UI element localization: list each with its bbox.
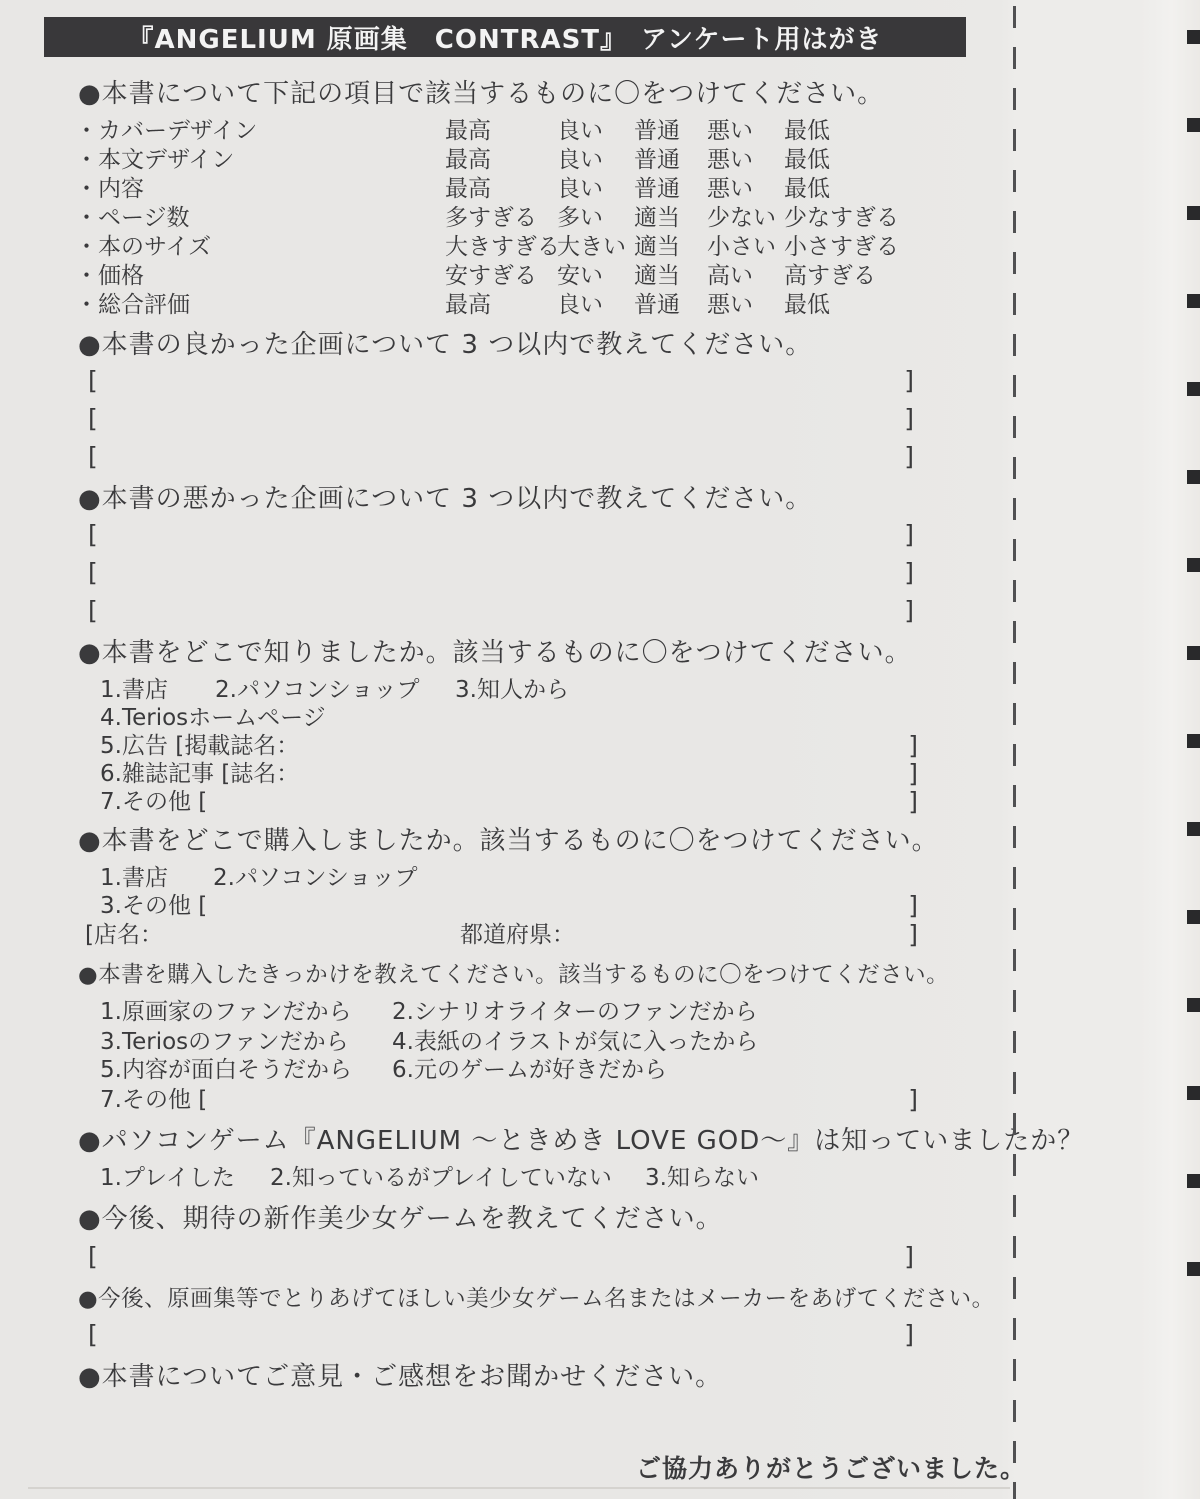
q4-option-magazine: 6.雑誌記事 [誌名： ] — [100, 760, 918, 788]
q6-heading: ●本書を購入したきっかけを教えてください。該当するものに〇をつけてください。 — [78, 958, 1160, 992]
close-bracket: ] — [904, 1322, 914, 1348]
thanks-message: ご協力ありがとうございました。 — [636, 1449, 1026, 1485]
rating-option: 良い — [557, 291, 634, 320]
rating-option: 最高 — [445, 117, 557, 146]
close-bracket: ] — [904, 1244, 914, 1270]
rating-option: 高すぎる — [784, 262, 876, 291]
rating-row-body-design: ・本文デザイン 最高 良い 普通 悪い 最低 — [75, 146, 1200, 175]
close-bracket: ] — [908, 732, 918, 760]
option-played: 1.プレイした — [100, 1164, 270, 1192]
q2-blank-3: [ ] — [88, 444, 914, 470]
rating-option: 安すぎる — [445, 262, 557, 291]
rating-label: ・本のサイズ — [75, 233, 445, 262]
open-bracket: [ — [88, 406, 98, 432]
rating-label: ・カバーデザイン — [75, 117, 445, 146]
rating-option: 最高 — [445, 291, 557, 320]
rating-option: 多すぎる — [445, 204, 557, 233]
q4-option-homepage: 4.Teriosホームページ — [100, 704, 1200, 732]
close-bracket: ] — [904, 444, 914, 470]
option-writer-fan: 2.シナリオライターのファンだから — [392, 998, 758, 1026]
close-bracket: ] — [908, 920, 918, 950]
close-bracket: ] — [908, 892, 918, 920]
q4-heading: ●本書をどこで知りましたか。該当するものに〇をつけてください。 — [78, 636, 1160, 670]
rating-option: 小さい — [707, 233, 784, 262]
q4-options-line1: 1.書店 2.パソコンショップ 3.知人から — [100, 676, 1200, 704]
option-other-label: 7.その他 [ — [100, 788, 207, 816]
close-bracket: ] — [904, 368, 914, 394]
option-like-original-game: 6.元のゲームが好きだから — [392, 1056, 667, 1084]
rating-option: 最低 — [784, 291, 830, 320]
rating-option: 少なすぎる — [784, 204, 899, 233]
rating-option: 安い — [557, 262, 634, 291]
rating-option: 適当 — [634, 233, 707, 262]
open-bracket: [ — [88, 368, 98, 394]
option-ad-label: 5.広告 [掲載誌名： — [100, 732, 299, 760]
q2-heading: ●本書の良かった企画について 3 つ以内で教えてください。 — [78, 328, 1160, 362]
close-bracket: ] — [904, 598, 914, 624]
rating-option: 悪い — [707, 175, 784, 204]
option-know-not-played: 2.知っているがプレイしていない — [270, 1164, 645, 1192]
q3-blank-2: [ ] — [88, 560, 914, 586]
rating-label: ・総合評価 — [75, 291, 445, 320]
postcard-bottom-edge — [28, 1487, 1010, 1489]
q7-heading: ●パソコンゲーム『ANGELIUM ～ときめき LOVE GOD～』は知っていま… — [78, 1124, 1160, 1158]
q5-options-line1: 1.書店 2.パソコンショップ — [100, 864, 1200, 892]
q6-row-3: 5.内容が面白そうだから 6.元のゲームが好きだから — [100, 1056, 1200, 1084]
q10-heading: ●本書についてご意見・ご感想をお聞かせください。 — [78, 1360, 1160, 1394]
q6-row-1: 1.原画家のファンだから 2.シナリオライターのファンだから — [100, 998, 1200, 1026]
option-dont-know: 3.知らない — [645, 1164, 759, 1192]
prefecture-label: 都道府県： — [460, 920, 575, 950]
q4-option-other: 7.その他 [ ] — [100, 788, 918, 816]
rating-option: 最高 — [445, 146, 557, 175]
rating-option: 適当 — [634, 262, 707, 291]
rating-option: 良い — [557, 175, 634, 204]
rating-option: 小さすぎる — [784, 233, 899, 262]
rating-option: 最低 — [784, 146, 830, 175]
q5-heading: ●本書をどこで購入しましたか。該当するものに〇をつけてください。 — [78, 824, 1160, 858]
q9-blank: [ ] — [88, 1322, 914, 1348]
q6-option-other: 7.その他 [ ] — [100, 1086, 918, 1114]
q3-blank-1: [ ] — [88, 522, 914, 548]
option-terios-fan: 3.Teriosのファンだから — [100, 1028, 392, 1056]
open-bracket: [ — [88, 522, 98, 548]
rating-option: 適当 — [634, 204, 707, 233]
shop-name-label: [店名： — [85, 922, 163, 948]
option-content-interesting: 5.内容が面白そうだから — [100, 1056, 392, 1084]
rating-option: 少ない — [707, 204, 784, 233]
rating-option: 最低 — [784, 117, 830, 146]
q8-heading: ●今後、期待の新作美少女ゲームを教えてください。 — [78, 1202, 1160, 1236]
option-other-label: 7.その他 [ — [100, 1086, 207, 1114]
option-bookstore: 1.書店 — [100, 676, 215, 704]
rating-label: ・内容 — [75, 175, 445, 204]
q3-blank-3: [ ] — [88, 598, 914, 624]
option-pc-shop: 2.パソコンショップ — [215, 676, 455, 704]
rating-table: ・カバーデザイン 最高 良い 普通 悪い 最低 ・本文デザイン 最高 良い 普通… — [0, 117, 1200, 320]
close-bracket: ] — [904, 522, 914, 548]
q2-blank-2: [ ] — [88, 406, 914, 432]
close-bracket: ] — [908, 760, 918, 788]
rating-row-pages: ・ページ数 多すぎる 多い 適当 少ない 少なすぎる — [75, 204, 1200, 233]
open-bracket: [ — [88, 1322, 98, 1348]
rating-row-price: ・価格 安すぎる 安い 適当 高い 高すぎる — [75, 262, 1200, 291]
rating-option: 悪い — [707, 146, 784, 175]
open-bracket: [ — [88, 444, 98, 470]
open-bracket: [ — [88, 560, 98, 586]
q8-blank: [ ] — [88, 1244, 914, 1270]
q9-heading: ●今後、原画集等でとりあげてほしい美少女ゲーム名またはメーカーをあげてください。 — [78, 1282, 1160, 1316]
option-magazine-label: 6.雑誌記事 [誌名： — [100, 760, 299, 788]
option-artist-fan: 1.原画家のファンだから — [100, 998, 392, 1026]
dashed-cut-line — [1013, 6, 1016, 1499]
q2-blank-1: [ ] — [88, 368, 914, 394]
rating-option: 大きすぎる — [445, 233, 557, 262]
rating-label: ・ページ数 — [75, 204, 445, 233]
rating-option: 多い — [557, 204, 634, 233]
option-cover-illustration: 4.表紙のイラストが気に入ったから — [392, 1028, 758, 1056]
rating-option: 大きい — [557, 233, 634, 262]
title-text: 『ANGELIUM 原画集 CONTRAST』 アンケート用はがき — [128, 19, 883, 56]
option-other-label: 3.その他 [ — [100, 892, 207, 920]
option-friend: 3.知人から — [455, 676, 569, 704]
rating-option: 普通 — [634, 146, 707, 175]
rating-option: 普通 — [634, 175, 707, 204]
rating-label: ・価格 — [75, 262, 445, 291]
rating-option: 悪い — [707, 117, 784, 146]
close-bracket: ] — [908, 1086, 918, 1114]
rating-row-cover: ・カバーデザイン 最高 良い 普通 悪い 最低 — [75, 117, 1200, 146]
rating-option: 高い — [707, 262, 784, 291]
rating-option: 良い — [557, 146, 634, 175]
option-bookstore: 1.書店 — [100, 864, 213, 892]
rating-option: 悪い — [707, 291, 784, 320]
q6-row-2: 3.Teriosのファンだから 4.表紙のイラストが気に入ったから — [100, 1028, 1200, 1056]
questionnaire-postcard-scan: 『ANGELIUM 原画集 CONTRAST』 アンケート用はがき ●本書につい… — [0, 0, 1200, 1499]
rating-option: 最高 — [445, 175, 557, 204]
q4-option-ad: 5.広告 [掲載誌名： ] — [100, 732, 918, 760]
rating-row-overall: ・総合評価 最高 良い 普通 悪い 最低 — [75, 291, 1200, 320]
rating-label: ・本文デザイン — [75, 146, 445, 175]
rating-row-book-size: ・本のサイズ 大きすぎる 大きい 適当 小さい 小さすぎる — [75, 233, 1200, 262]
open-bracket: [ — [88, 1244, 98, 1270]
close-bracket: ] — [904, 406, 914, 432]
rating-option: 普通 — [634, 291, 707, 320]
q5-shop-line: [店名： 都道府県： ] — [85, 920, 918, 950]
title-bar: 『ANGELIUM 原画集 CONTRAST』 アンケート用はがき — [44, 17, 966, 57]
q3-heading: ●本書の悪かった企画について 3 つ以内で教えてください。 — [78, 482, 1160, 516]
rating-row-content: ・内容 最高 良い 普通 悪い 最低 — [75, 175, 1200, 204]
close-bracket: ] — [908, 788, 918, 816]
open-bracket: [ — [88, 598, 98, 624]
rating-option: 良い — [557, 117, 634, 146]
option-pc-shop: 2.パソコンショップ — [213, 864, 417, 892]
close-bracket: ] — [904, 560, 914, 586]
q5-option-other: 3.その他 [ ] — [100, 892, 918, 920]
q7-options-line: 1.プレイした 2.知っているがプレイしていない 3.知らない — [100, 1164, 1200, 1192]
rating-option: 普通 — [634, 117, 707, 146]
rating-option: 最低 — [784, 175, 830, 204]
spiral-binding-marks — [1187, 0, 1200, 1308]
q1-heading: ●本書について下記の項目で該当するものに〇をつけてください。 — [78, 77, 1160, 111]
